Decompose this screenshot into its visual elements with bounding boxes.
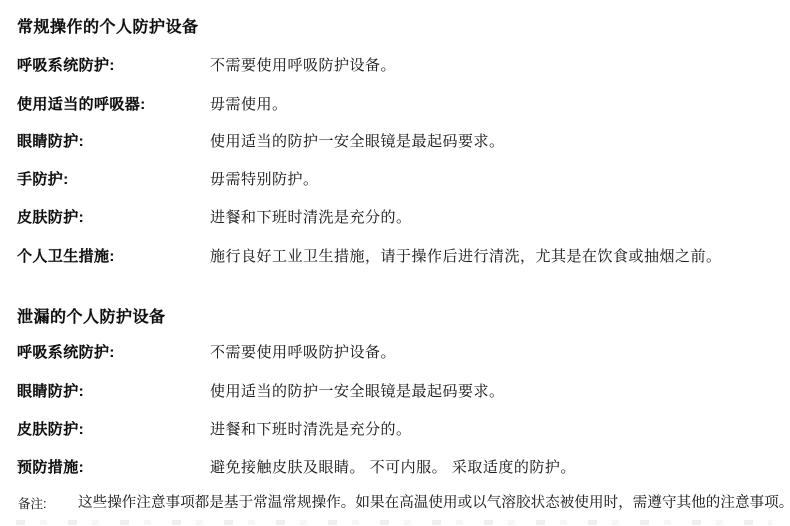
row-value-hand-protection: 毋需特别防护。 [210, 170, 778, 189]
row-value-personal-hygiene: 施行良好工业卫生措施，请于操作后进行清洗，尤其是在饮食或抽烟之前。 [210, 247, 778, 266]
row-value-precautions: 避免接触皮肤及眼睛。 不可内服。 采取适度的防护。 [210, 458, 778, 477]
row-value-eye-protection-spill: 使用适当的防护一安全眼镜是最起码要求。 [210, 382, 778, 401]
section-heading-normal-operation-ppe: 常规操作的个人防护设备 [17, 14, 199, 37]
table-row: 眼睛防护: 使用适当的防护一安全眼镜是最起码要求。 [17, 382, 778, 401]
note-label: 备注: [18, 494, 78, 513]
row-value-skin-protection-spill: 进餐和下班时清洗是充分的。 [210, 420, 778, 439]
table-row: 呼吸系统防护: 不需要使用呼吸防护设备。 [17, 56, 778, 75]
row-label-respiratory-protection-spill: 呼吸系统防护: [17, 343, 210, 362]
row-label-skin-protection: 皮肤防护: [17, 208, 210, 227]
row-value-respirator-type: 毋需使用。 [210, 95, 778, 114]
table-row: 皮肤防护: 进餐和下班时清洗是充分的。 [17, 420, 778, 439]
row-label-precautions: 预防措施: [17, 458, 210, 477]
table-row: 皮肤防护: 进餐和下班时清洗是充分的。 [17, 208, 778, 227]
note-row: 备注: 这些操作注意事项都是基于常温常规操作。如果在高温使用或以气溶胶状态被使用… [18, 494, 782, 513]
table-row: 手防护: 毋需特别防护。 [17, 170, 778, 189]
table-row: 呼吸系统防护: 不需要使用呼吸防护设备。 [17, 343, 778, 362]
row-label-respirator-type: 使用适当的呼吸器: [17, 95, 210, 114]
row-label-eye-protection: 眼睛防护: [17, 132, 210, 151]
row-value-skin-protection: 进餐和下班时清洗是充分的。 [210, 208, 778, 227]
table-row: 个人卫生措施: 施行良好工业卫生措施，请于操作后进行清洗，尤其是在饮食或抽烟之前… [17, 247, 778, 266]
note-text: 这些操作注意事项都是基于常温常规操作。如果在高温使用或以气溶胶状态被使用时，需遵… [78, 494, 790, 512]
row-value-respiratory-protection: 不需要使用呼吸防护设备。 [210, 56, 778, 75]
row-label-respiratory-protection: 呼吸系统防护: [17, 56, 210, 75]
table-row: 眼睛防护: 使用适当的防护一安全眼镜是最起码要求。 [17, 132, 778, 151]
table-row: 预防措施: 避免接触皮肤及眼睛。 不可内服。 采取适度的防护。 [17, 458, 778, 477]
table-row: 使用适当的呼吸器: 毋需使用。 [17, 95, 778, 114]
cropped-text-remnant [16, 520, 772, 525]
row-label-personal-hygiene: 个人卫生措施: [17, 247, 210, 266]
row-label-skin-protection-spill: 皮肤防护: [17, 420, 210, 439]
row-value-eye-protection: 使用适当的防护一安全眼镜是最起码要求。 [210, 132, 778, 151]
row-label-eye-protection-spill: 眼睛防护: [17, 382, 210, 401]
row-label-hand-protection: 手防护: [17, 170, 210, 189]
document-page: 常规操作的个人防护设备 呼吸系统防护: 不需要使用呼吸防护设备。 使用适当的呼吸… [0, 0, 790, 526]
section-heading-spill-ppe: 泄漏的个人防护设备 [17, 304, 166, 327]
row-value-respiratory-protection-spill: 不需要使用呼吸防护设备。 [210, 343, 778, 362]
